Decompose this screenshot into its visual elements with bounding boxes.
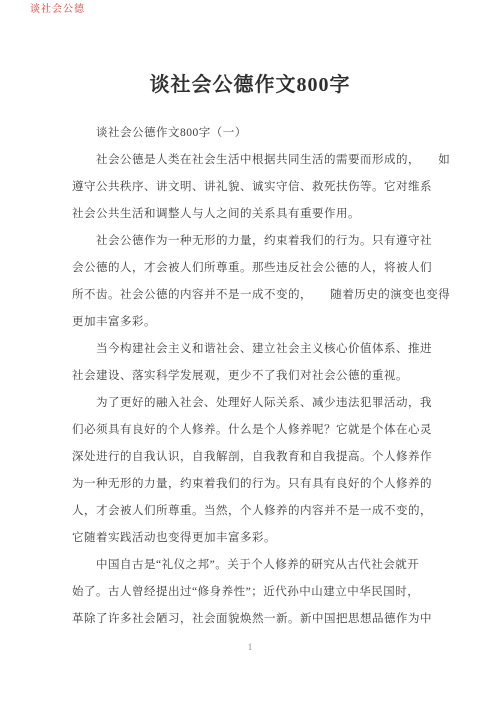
text-line: 所不齿。社会公德的内容并不是一成不变的， 随着历史的演变也变得 — [72, 282, 472, 309]
watermark-text: 谈社会公德 — [30, 4, 85, 16]
text-line: 人，才会被人们所尊重。当然，个人修养的内容并不是一成不变的， — [72, 498, 472, 525]
page-number: 1 — [0, 642, 500, 652]
text-line: 为一种无形的力量，约束着我们的行为。只有具有良好的个人修养的 — [72, 471, 472, 498]
text-line: 为了更好的融入社会、处理好人际关系、减少违法犯罪活动，我 — [72, 390, 472, 417]
text-line: 中国自古是“礼仪之邦”。关于个人修养的研究从古代社会就开 — [72, 552, 472, 579]
text-line: 始了。古人曾经提出过“修身养性”；近代孙中山建立中华民国时， — [72, 579, 472, 606]
text-line: 社会公共生活和调整人与人之间的关系具有重要作用。 — [72, 201, 472, 228]
text-line: 们必须具有良好的个人修养。什么是个人修养呢？它就是个体在心灵 — [72, 417, 472, 444]
text-line: 会公德的人，才会被人们所尊重。那些违反社会公德的人，将被人们 — [72, 255, 472, 282]
document-body: 谈社会公德作文800字（一） 社会公德是人类在社会生活中根据共同生活的需要而形成… — [72, 120, 472, 633]
text-line: 革除了许多社会陋习，社会面貌焕然一新。新中国把思想品德作为中 — [72, 606, 472, 633]
text-line: 社会公德作为一种无形的力量，约束着我们的行为。只有遵守社 — [72, 228, 472, 255]
page-title: 谈社会公德作文800字 — [0, 68, 500, 97]
text-line: 当今构建社会主义和谐社会、建立社会主义核心价值体系、推进 — [72, 336, 472, 363]
text-line: 更加丰富多彩。 — [72, 309, 472, 336]
text-line: 社会建设、落实科学发展观，更少不了我们对社会公德的重视。 — [72, 363, 472, 390]
text-line: 遵守公共秩序、讲文明、讲礼貌、诚实守信、救死扶伤等。它对维系 — [72, 174, 472, 201]
document-page: 谈社会公德 谈社会公德作文800字 谈社会公德作文800字（一） 社会公德是人类… — [0, 0, 500, 708]
text-line: 深处进行的自我认识，自我解剖，自我教育和自我提高。个人修养作 — [72, 444, 472, 471]
text-line: 它随着实践活动也变得更加丰富多彩。 — [72, 525, 472, 552]
text-line: 社会公德是人类在社会生活中根据共同生活的需要而形成的， 如 — [72, 147, 472, 174]
text-line: 谈社会公德作文800字（一） — [72, 120, 472, 147]
